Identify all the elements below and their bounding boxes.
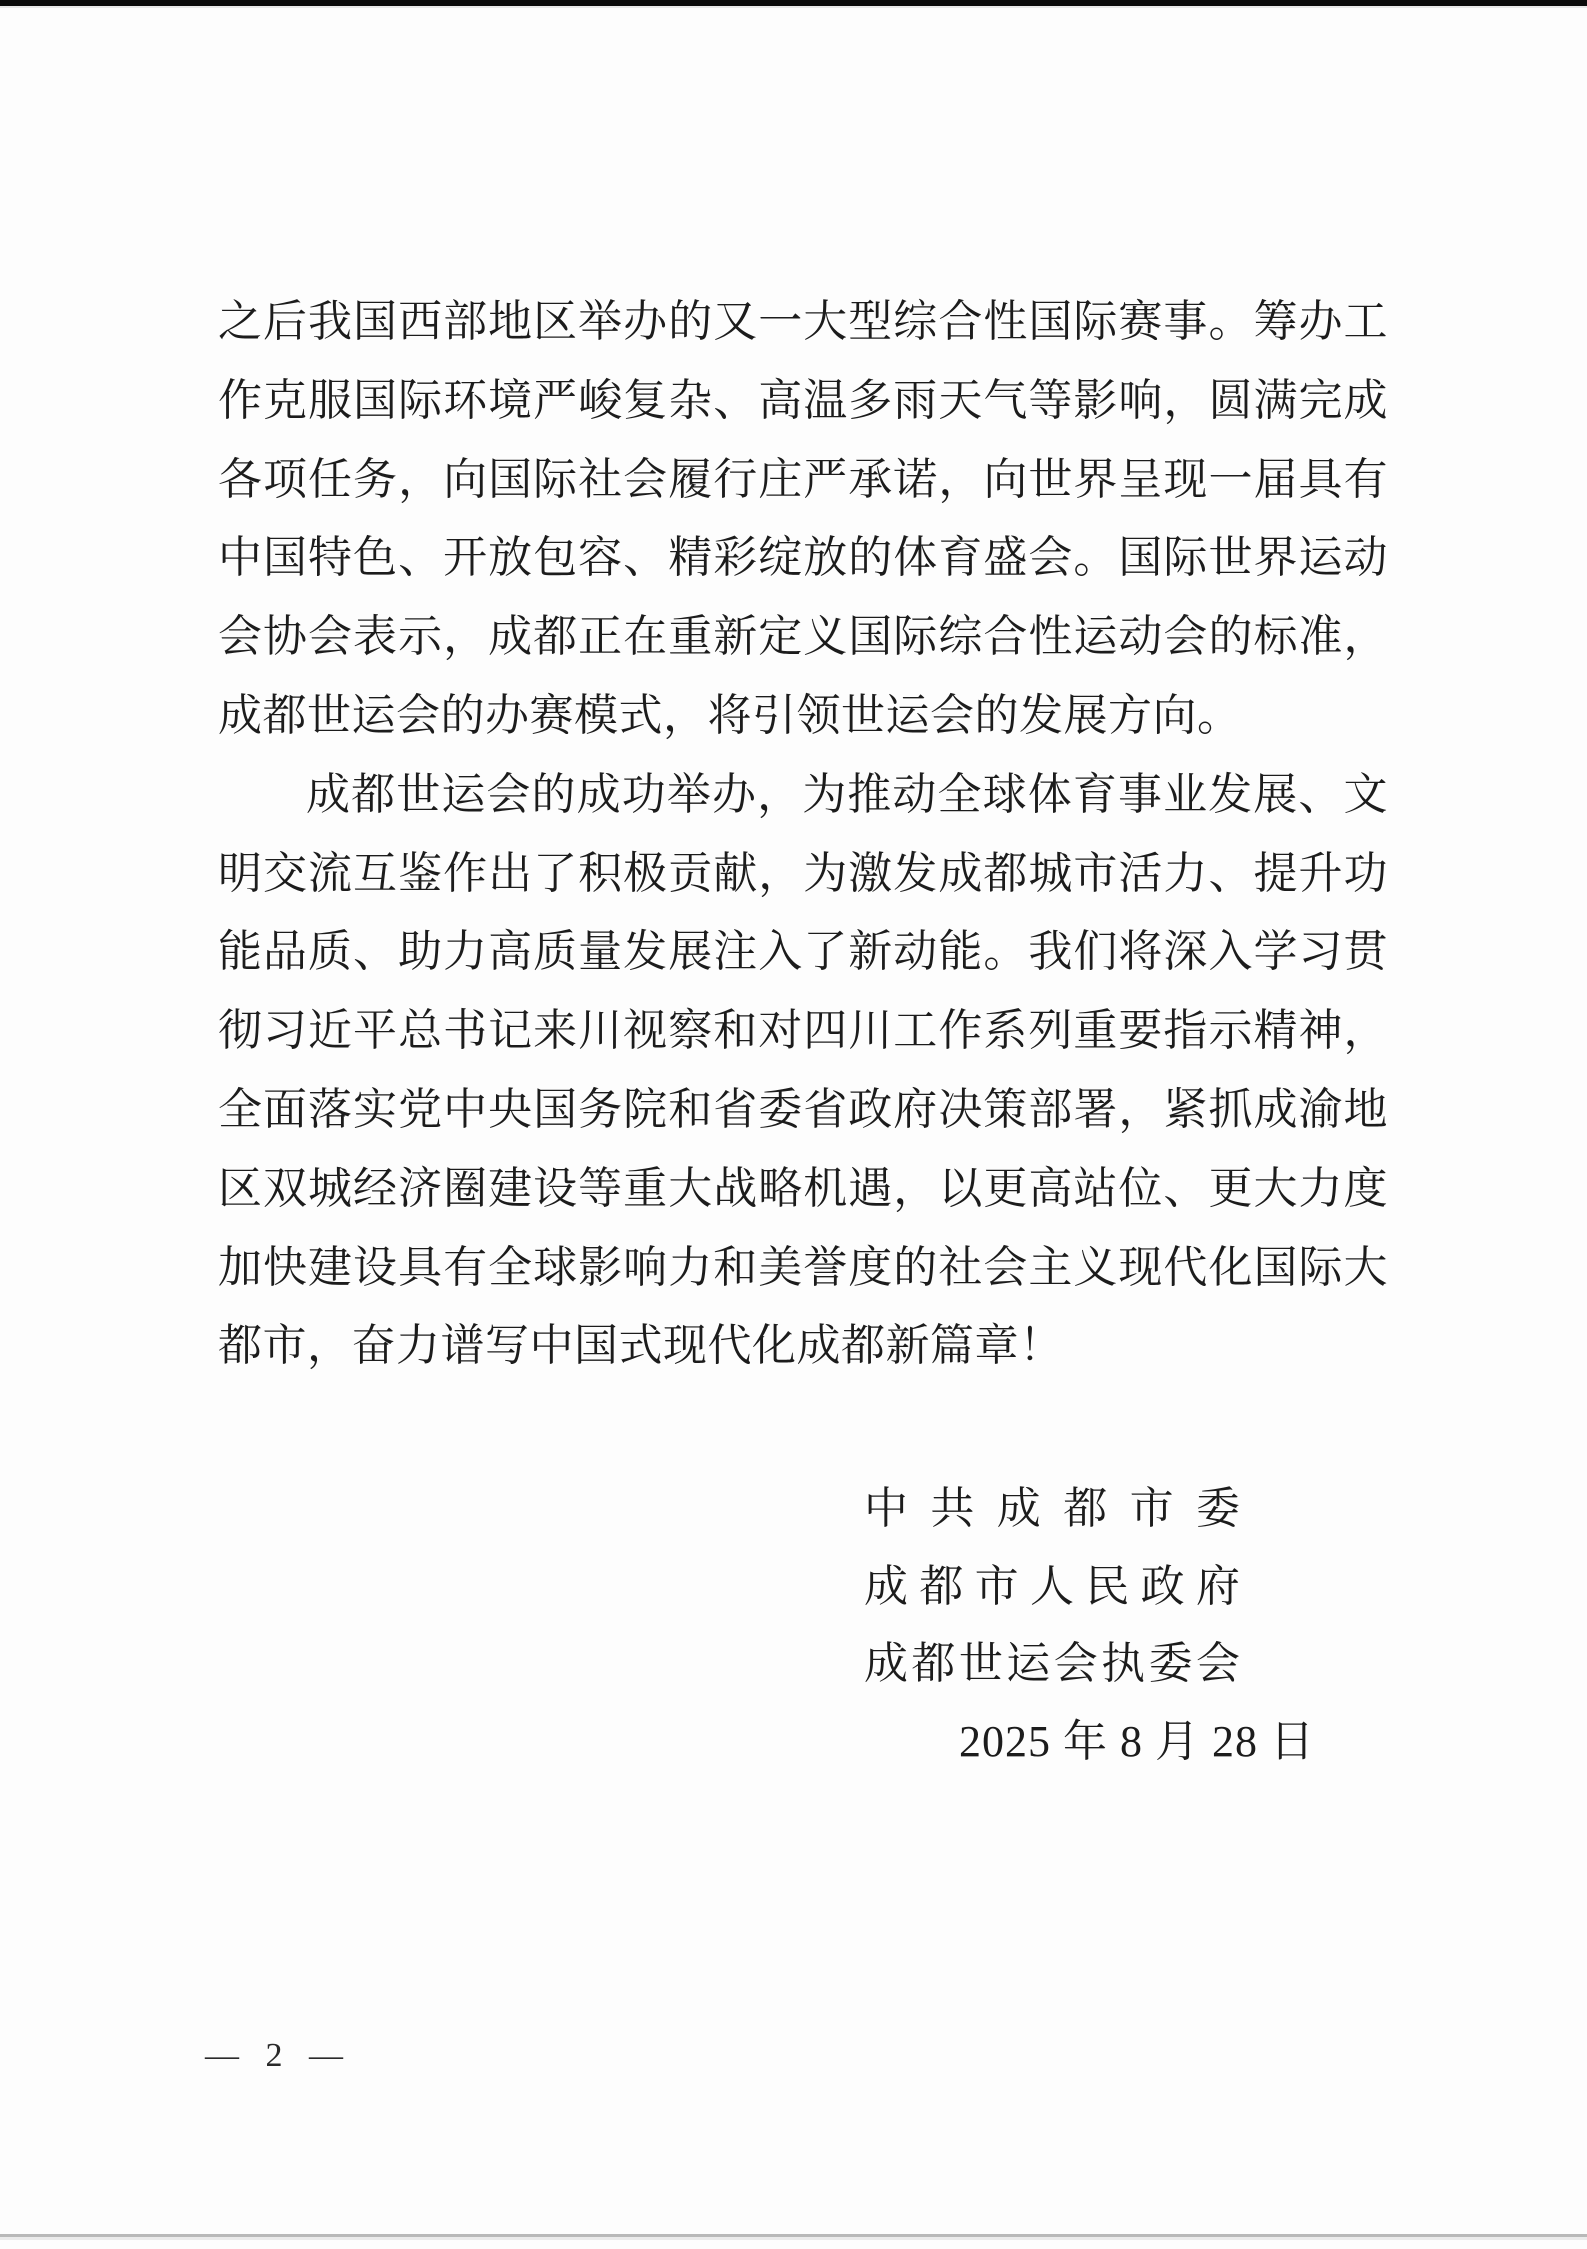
- signature-block: 中共成都市委 成都市人民政府 成都世运会执委会 2025 年 8 月 28 日: [864, 1470, 1240, 1780]
- body-line: 各项任务，向国际社会履行庄严承诺，向世界呈现一届具有: [218, 441, 1388, 520]
- body-line: 明交流互鉴作出了积极贡献，为激发成都城市活力、提升功: [218, 835, 1388, 914]
- body-line: 能品质、助力高质量发展注入了新动能。我们将深入学习贯: [218, 913, 1388, 992]
- body-line: 加快建设具有全球影响力和美誉度的社会主义现代化国际大: [218, 1229, 1388, 1308]
- body-line-paragraph-end: 成都世运会的办赛模式，将引领世运会的发展方向。: [218, 677, 1388, 756]
- body-line: 彻习近平总书记来川视察和对四川工作系列重要指示精神，: [218, 992, 1388, 1071]
- scan-artifact-bottom-line: [0, 2234, 1587, 2237]
- scan-edge-shadow: [0, 6, 1587, 8]
- document-body: 之后我国西部地区举办的又一大型综合性国际赛事。筹办工 作克服国际环境严峻复杂、高…: [218, 283, 1388, 1386]
- signature-date: 2025 年 8 月 28 日: [959, 1703, 1240, 1781]
- body-line: 中国特色、开放包容、精彩绽放的体育盛会。国际世界运动: [218, 519, 1388, 598]
- page-number: — 2 —: [205, 2036, 343, 2076]
- body-line: 区双城经济圈建设等重大战略机遇，以更高站位、更大力度: [218, 1150, 1388, 1229]
- body-line: 全面落实党中央国务院和省委省政府决策部署，紧抓成渝地: [218, 1071, 1388, 1150]
- body-line: 会协会表示，成都正在重新定义国际综合性运动会的标准，: [218, 598, 1388, 677]
- signature-org-executive-committee: 成都世运会执委会: [864, 1625, 1240, 1703]
- body-line: 作克服国际环境严峻复杂、高温多雨天气等影响，圆满完成: [218, 362, 1388, 441]
- body-line: 之后我国西部地区举办的又一大型综合性国际赛事。筹办工: [218, 283, 1388, 362]
- body-line-paragraph-end: 都市，奋力谱写中国式现代化成都新篇章！: [218, 1307, 1388, 1386]
- body-line-paragraph-start: 成都世运会的成功举办，为推动全球体育事业发展、文: [218, 756, 1388, 835]
- signature-org-municipal-government: 成都市人民政府: [864, 1548, 1240, 1626]
- document-page: 之后我国西部地区举办的又一大型综合性国际赛事。筹办工 作克服国际环境严峻复杂、高…: [0, 0, 1587, 2249]
- signature-org-party-committee: 中共成都市委: [864, 1470, 1240, 1548]
